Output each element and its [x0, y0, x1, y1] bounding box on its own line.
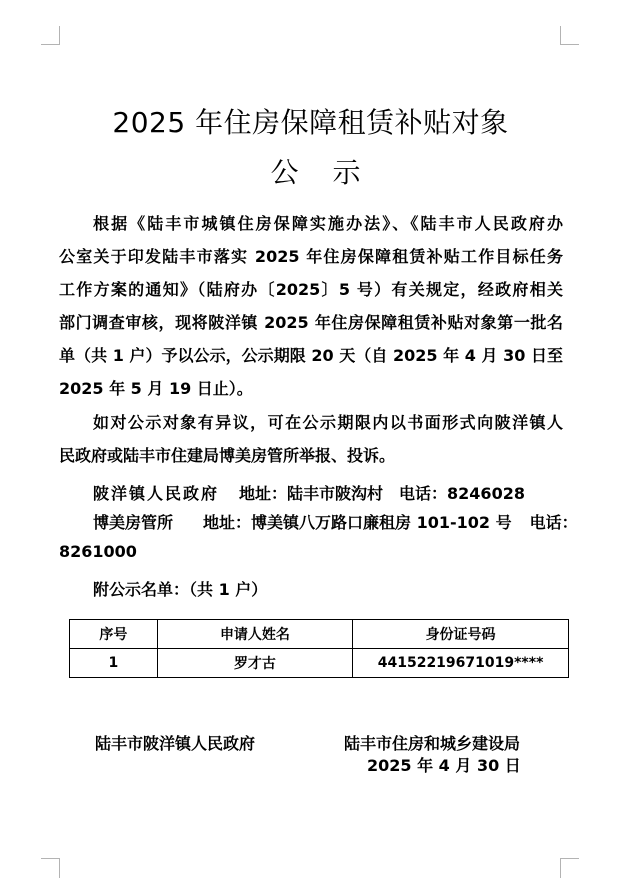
header-serial-number: 序号: [70, 620, 158, 649]
contact-2: 博美房管所地址：博美镇八万路口廉租房 101-102 号电话：: [93, 513, 597, 533]
page-corner-mark-bottom-left: [41, 858, 60, 878]
attachment-label: 附公示名单：（共 1 户）: [93, 580, 597, 600]
signature-right-org: 陆丰市住房和城乡建设局: [344, 731, 520, 754]
page-corner-mark-bottom-right: [560, 858, 579, 878]
table-header-row: 序号 申请人姓名 身份证号码: [70, 620, 569, 649]
page-corner-mark-top-left: [41, 26, 60, 45]
table-row: 1 罗才古 44152219671019****: [70, 649, 569, 678]
contact-1-address: 地址：陆丰市陂沟村: [239, 484, 383, 503]
contact-1: 陂洋镇人民政府地址：陆丰市陂沟村电话：8246028: [93, 484, 597, 504]
page-corner-mark-top-right: [560, 26, 579, 45]
signature-date: 2025 年 4 月 30 日: [367, 753, 521, 776]
paragraph-1-line-6: 2025 年 5 月 19 日止）。: [59, 379, 563, 399]
cell-id-number: 44152219671019****: [353, 649, 569, 678]
paragraph-2-line-1: 如对公示对象有异议，可在公示期限内以书面形式向陂洋镇人: [93, 413, 563, 433]
contact-1-org: 陂洋镇人民政府: [93, 484, 219, 503]
contact-2-phone-label: 电话：: [530, 513, 578, 532]
paragraph-1-line-1: 根据《陆丰市城镇住房保障实施办法》、《陆丰市人民政府办: [93, 214, 563, 234]
cell-applicant-name: 罗才古: [157, 649, 352, 678]
header-id-number: 身份证号码: [353, 620, 569, 649]
contact-2-address: 地址：博美镇八万路口廉租房 101-102 号: [203, 513, 512, 532]
contact-2-org: 博美房管所: [93, 513, 173, 532]
signature-left-org: 陆丰市陂洋镇人民政府: [95, 731, 255, 754]
paragraph-1-line-4: 部门调查审核，现将陂洋镇 2025 年住房保障租赁补贴对象第一批名: [59, 313, 563, 333]
recipient-table: 序号 申请人姓名 身份证号码 1 罗才古 44152219671019****: [69, 619, 569, 678]
contact-1-phone: 电话：8246028: [399, 484, 525, 503]
document-subtitle: 公示: [0, 151, 631, 191]
subtitle-char-2: 示: [333, 151, 361, 191]
contact-2-phone: 8261000: [59, 542, 563, 562]
header-applicant-name: 申请人姓名: [157, 620, 352, 649]
paragraph-1-line-2: 公室关于印发陆丰市落实 2025 年住房保障租赁补贴工作目标任务: [59, 247, 563, 267]
paragraph-1-line-3: 工作方案的通知》（陆府办〔2025〕5 号）有关规定，经政府相关: [59, 280, 563, 300]
paragraph-1-line-5: 单（共 1 户）予以公示，公示期限 20 天（自 2025 年 4 月 30 日…: [59, 346, 563, 366]
subtitle-char-1: 公: [270, 151, 298, 191]
cell-serial-number: 1: [70, 649, 158, 678]
paragraph-2-line-2: 民政府或陆丰市住建局博美房管所举报、投诉。: [59, 446, 563, 466]
document-title: 2025 年住房保障租赁补贴对象: [0, 101, 626, 141]
